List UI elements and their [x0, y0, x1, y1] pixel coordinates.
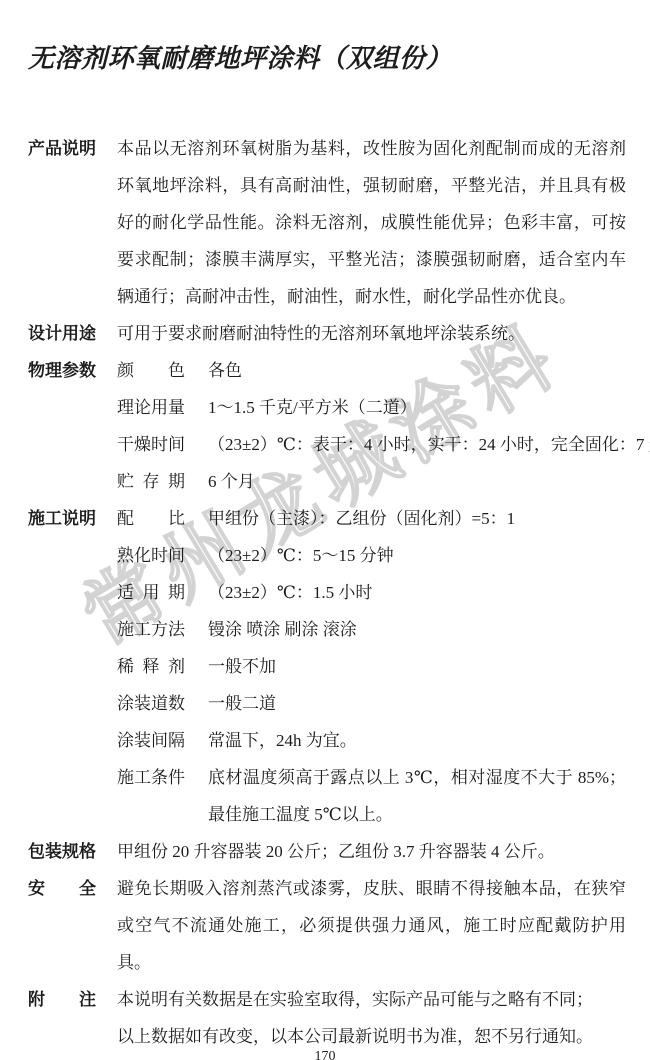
param-name: 配比: [117, 500, 185, 537]
param-row: 贮存期 6 个月: [117, 463, 650, 500]
section-label: 设计用途: [28, 315, 96, 352]
param-name: 施工方法: [117, 611, 185, 648]
section-notes: 附注 本说明有关数据是在实验室取得，实际产品可能与之略有不同； 以上数据如有改变…: [28, 981, 626, 1055]
param-row: 涂装道数 一般二道: [117, 685, 626, 722]
param-row: 理论用量 1～1.5 千克/平方米（二道）: [117, 389, 650, 426]
param-name: 颜色: [117, 352, 185, 389]
section-physical-params: 物理参数 颜色 各色 理论用量 1～1.5 千克/平方米（二道） 干燥时间 （2…: [28, 352, 626, 500]
section-label: 附注: [28, 981, 96, 1018]
param-row: 颜色 各色: [117, 352, 650, 389]
section-text: 本品以无溶剂环氧树脂为基料，改性胺为固化剂配制而成的无溶剂环氧地坪涂料，具有高耐…: [117, 130, 626, 315]
param-name: 理论用量: [117, 389, 185, 426]
section-label: 包装规格: [28, 833, 96, 870]
section-packaging: 包装规格 甲组份 20 升容器装 20 公斤；乙组份 3.7 升容器装 4 公斤…: [28, 833, 626, 870]
param-row: 干燥时间 （23±2）℃：表干：4 小时，实干：24 小时，完全固化：7 天。: [117, 426, 650, 463]
param-row: 熟化时间 （23±2）℃：5～15 分钟: [117, 537, 626, 574]
param-value: 1～1.5 千克/平方米（二道）: [208, 389, 650, 426]
param-name: 涂装间隔: [117, 722, 185, 759]
section-safety: 安全 避免长期吸入溶剂蒸汽或漆雾，皮肤、眼睛不得接触本品，在狭窄或空气不流通处施…: [28, 870, 626, 981]
param-value: 一般不加: [208, 648, 626, 685]
section-design-use: 设计用途 可用于要求耐磨耐油特性的无溶剂环氧地坪涂装系统。: [28, 315, 626, 352]
param-name: 涂装道数: [117, 685, 185, 722]
param-row: 配比 甲组份（主漆）：乙组份（固化剂）=5：1: [117, 500, 626, 537]
param-name: 干燥时间: [117, 426, 185, 463]
datasheet: 无溶剂环氧耐磨地坪涂料（双组份） 产品说明 本品以无溶剂环氧树脂为基料，改性胺为…: [0, 0, 650, 1055]
param-row: 稀释剂 一般不加: [117, 648, 626, 685]
section-label: 物理参数: [28, 352, 96, 389]
section-application: 施工说明 配比 甲组份（主漆）：乙组份（固化剂）=5：1 熟化时间 （23±2）…: [28, 500, 626, 833]
section-text: 可用于要求耐磨耐油特性的无溶剂环氧地坪涂装系统。: [117, 315, 626, 352]
param-value: （23±2）℃：5～15 分钟: [208, 537, 626, 574]
param-value: 底材温度须高于露点以上 3℃，相对湿度不大于 85%；最佳施工温度 5℃以上。: [208, 759, 626, 833]
param-name: 贮存期: [117, 463, 185, 500]
param-value: 甲组份（主漆）：乙组份（固化剂）=5：1: [208, 500, 626, 537]
param-name: 熟化时间: [117, 537, 185, 574]
section-label: 施工说明: [28, 500, 96, 537]
param-name: 施工条件: [117, 759, 185, 796]
section-label: 产品说明: [28, 130, 96, 167]
param-value: 各色: [208, 352, 650, 389]
section-text: 甲组份 20 升容器装 20 公斤；乙组份 3.7 升容器装 4 公斤。: [117, 833, 626, 870]
param-name: 稀释剂: [117, 648, 185, 685]
section-text: 避免长期吸入溶剂蒸汽或漆雾，皮肤、眼睛不得接触本品，在狭窄或空气不流通处施工，必…: [117, 870, 626, 981]
page-number: 170: [0, 1049, 650, 1060]
param-value: （23±2）℃：1.5 小时: [208, 574, 626, 611]
param-value: 6 个月: [208, 463, 650, 500]
param-name: 适用期: [117, 574, 185, 611]
param-value: （23±2）℃：表干：4 小时，实干：24 小时，完全固化：7 天。: [208, 426, 650, 463]
section-product-description: 产品说明 本品以无溶剂环氧树脂为基料，改性胺为固化剂配制而成的无溶剂环氧地坪涂料…: [28, 130, 626, 315]
param-row: 适用期 （23±2）℃：1.5 小时: [117, 574, 626, 611]
param-value: 常温下，24h 为宜。: [208, 722, 626, 759]
param-row: 施工方法 镘涂 喷涂 刷涂 滚涂: [117, 611, 626, 648]
page-title: 无溶剂环氧耐磨地坪涂料（双组份）: [28, 42, 626, 76]
param-value: 一般二道: [208, 685, 626, 722]
note-line: 本说明有关数据是在实验室取得，实际产品可能与之略有不同；: [117, 981, 626, 1018]
param-row: 施工条件 底材温度须高于露点以上 3℃，相对湿度不大于 85%；最佳施工温度 5…: [117, 759, 626, 833]
param-value: 镘涂 喷涂 刷涂 滚涂: [208, 611, 626, 648]
document-page: { "page": { "title": "无溶剂环氧耐磨地坪涂料（双组份）",…: [0, 0, 650, 1060]
param-row: 涂装间隔 常温下，24h 为宜。: [117, 722, 626, 759]
section-label: 安全: [28, 870, 96, 907]
